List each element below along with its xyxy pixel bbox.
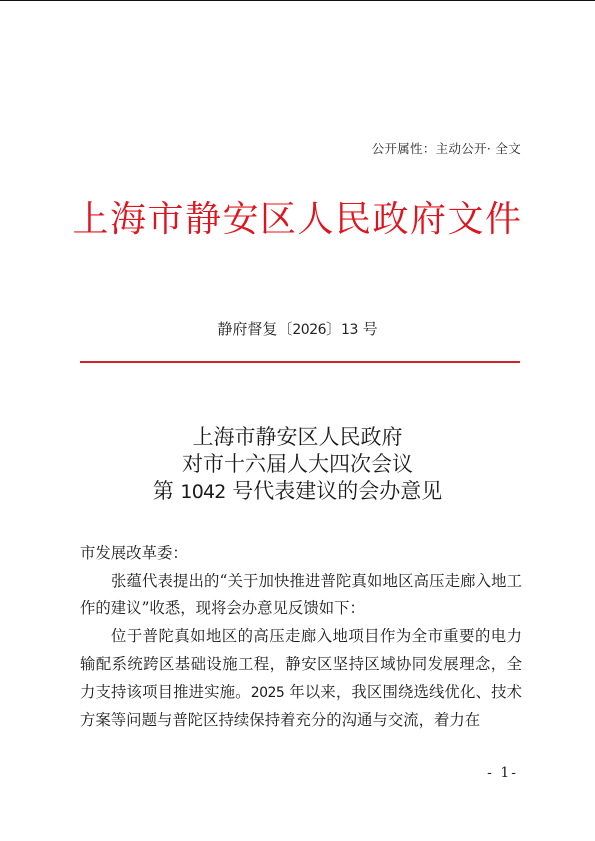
page-number: - 1-: [487, 765, 518, 781]
disclosure-attribute: 公开属性：主动公开· 全文: [372, 139, 521, 157]
title-line-3-prefix: 第: [153, 479, 181, 503]
document-title: 上海市静安区人民政府 对市十六届人大四次会议 第 1042 号代表建议的会办意见: [0, 424, 595, 506]
page-top-border: [0, 0, 595, 1]
doc-number-mid: 〕: [326, 320, 341, 338]
title-suggestion-number: 1042: [180, 481, 225, 503]
doc-number-suffix: 号: [358, 320, 378, 338]
doc-number-value: 13: [341, 322, 358, 338]
title-line-2: 对市十六届人大四次会议: [0, 451, 595, 478]
para2-year: 2025: [251, 685, 285, 701]
title-line-3: 第 1042 号代表建议的会办意见: [0, 478, 595, 506]
body-paragraph-2: 位于普陀真如地区的高压走廊入地项目作为全市重要的电力输配系统跨区基础设施工程，静…: [80, 623, 522, 735]
title-line-1: 上海市静安区人民政府: [0, 424, 595, 451]
red-separator-rule: [80, 361, 520, 363]
document-body: 市发展改革委： 张蕴代表提出的“关于加快推进普陀真如地区高压走廊入地工作的建议”…: [80, 540, 522, 735]
doc-number-year: 2026: [292, 322, 326, 338]
doc-number-prefix: 静府督复〔: [217, 320, 292, 338]
addressee: 市发展改革委：: [80, 540, 522, 568]
document-number: 静府督复〔2026〕13 号: [0, 318, 595, 339]
body-paragraph-1: 张蕴代表提出的“关于加快推进普陀真如地区高压走廊入地工作的建议”收悉，现将会办意…: [80, 568, 522, 623]
document-header-title: 上海市静安区人民政府文件: [0, 196, 595, 244]
title-line-3-suffix: 号代表建议的会办意见: [226, 479, 443, 503]
